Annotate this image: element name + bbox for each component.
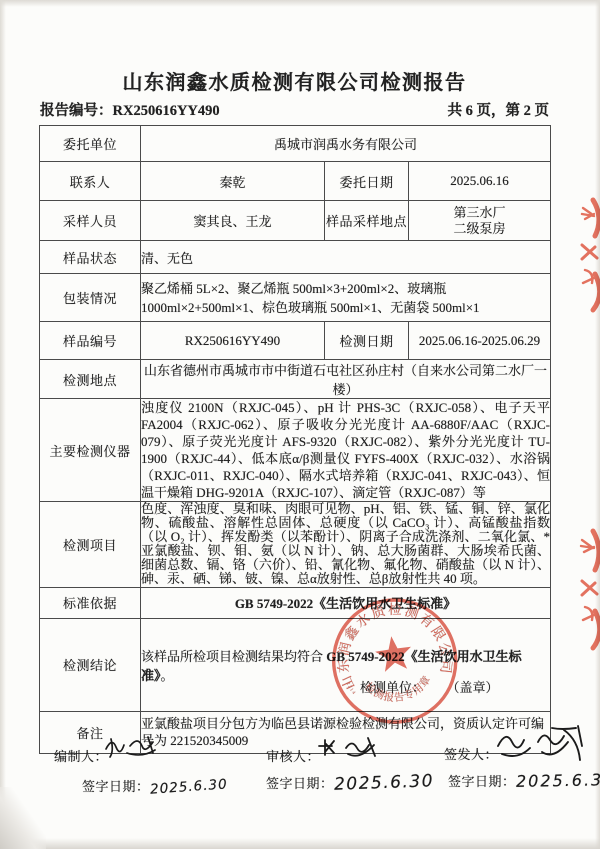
sampling-site-value: 第三水厂 二级泵房 [409, 201, 551, 241]
sample-state-value: 清、无色 [141, 241, 551, 274]
commission-date-label: 委托日期 [325, 162, 409, 201]
test-site-value: 山东省德州市禹城市市中街道石屯社区孙庄村（自来水公司第二水厂一楼） [141, 360, 551, 399]
standard-value: GB 5749-2022《生活饮用水卫生标准》 [141, 587, 551, 618]
test-date-value: 2025.06.16-2025.06.29 [409, 322, 551, 360]
table-row: 联系人 秦乾 委托日期 2025.06.16 [40, 162, 551, 201]
issuer-label: 签发人： [444, 744, 498, 763]
page-curl [0, 787, 46, 849]
table-row: 检测地点 山东省德州市禹城市市中街道石屯社区孙庄村（自来水公司第二水厂一楼） [40, 360, 551, 399]
packaging-value: 聚乙烯桶 5L×2、聚乙烯瓶 500ml×3+200ml×2、玻璃瓶 1000m… [141, 274, 551, 322]
sign-date-3: 签字日期：2025.6.30 [448, 771, 600, 790]
table-row: 采样人员 窦其良、王龙 样品采样地点 第三水厂 二级泵房 [40, 201, 551, 241]
table-row: 检测项目 色度、浑浊度、臭和味、肉眼可见物、pH、铝、铁、锰、铜、锌、氯化物、硫… [40, 502, 551, 588]
sampling-site-label: 样品采样地点 [325, 201, 409, 241]
samplers-value: 窦其良、王龙 [141, 201, 325, 241]
table-row: 检测结论 该样品所检项目检测结果均符合 GB 5749-2022《生活饮用水卫生… [40, 618, 551, 711]
sign-date-label: 签字日期： [448, 774, 516, 789]
conclusion-label: 检测结论 [40, 618, 141, 711]
conclusion-prefix: 该样品所检项目检测结果均符合 [141, 649, 326, 664]
drafter-label: 编制人： [54, 746, 108, 765]
report-number-value: RX250616YY490 [113, 103, 220, 119]
packaging-label: 包装情况 [40, 274, 141, 322]
sign-date-value: 2025.6.30 [149, 776, 228, 797]
table-row: 标准依据 GB 5749-2022《生活饮用水卫生标准》 [40, 587, 551, 618]
report-number: 报告编号：RX250616YY490 [40, 99, 220, 120]
contact-label: 联系人 [40, 162, 141, 201]
standard-label: 标准依据 [40, 587, 141, 618]
client-label: 委托单位 [40, 126, 141, 162]
scan-edge-right [595, 0, 600, 849]
report-number-label: 报告编号： [40, 103, 113, 119]
unit-line: 检测单位：（盖章） [360, 677, 499, 696]
report-page: 山东润鑫水质检测有限公司检测报告 报告编号：RX250616YY490 共 6 … [0, 0, 600, 849]
unit-label: 检测单位： [360, 680, 425, 695]
client-value: 禹城市润禹水务有限公司 [141, 126, 551, 162]
table-row: 主要检测仪器 浊度仪 2100N（RXJC-045）、pH 计 PHS-3C（R… [40, 399, 551, 502]
reviewer-label: 审核人： [266, 746, 320, 765]
scan-edge-top [0, 0, 600, 7]
contact-value: 秦乾 [141, 162, 325, 201]
drafter-signature [102, 733, 160, 761]
conclusion-cell: 该样品所检项目检测结果均符合 GB 5749-2022《生活饮用水卫生标准》。 … [141, 618, 551, 711]
sign-date-1: 签字日期：2025.6.30 [82, 776, 227, 795]
sign-date-2: 签字日期：2025.6.30 [266, 773, 434, 793]
scan-edge-left [0, 0, 6, 849]
sample-state-label: 样品状态 [40, 241, 141, 274]
meta-row: 报告编号：RX250616YY490 共 6 页，第 2 页 [40, 99, 549, 120]
page-title: 山东润鑫水质检测有限公司检测报告 [39, 66, 550, 95]
sign-date-value: 2025.6.30 [333, 771, 434, 794]
sign-date-value: 2025.6.30 [515, 770, 600, 791]
sample-no-label: 样品编号 [40, 322, 141, 360]
report-table: 委托单位 禹城市润禹水务有限公司 联系人 秦乾 委托日期 2025.06.16 … [39, 125, 551, 754]
table-row: 样品编号 RX250616YY490 检测日期 2025.06.16-2025.… [40, 322, 551, 360]
sign-date-label: 签字日期： [82, 779, 150, 794]
scan-edge-bottom [0, 838, 600, 849]
reviewer-signature [316, 735, 382, 761]
sample-no-value: RX250616YY490 [141, 322, 325, 360]
items-value: 色度、浑浊度、臭和味、肉眼可见物、pH、铝、铁、锰、铜、锌、氯化物、硫酸盐、溶解… [141, 502, 551, 588]
test-site-label: 检测地点 [40, 360, 141, 399]
pagination: 共 6 页，第 2 页 [448, 99, 550, 120]
sign-date-label: 签字日期： [266, 776, 334, 791]
table-row: 样品状态 清、无色 [40, 241, 551, 274]
table-row: 委托单位 禹城市润禹水务有限公司 [40, 126, 551, 162]
commission-date-value: 2025.06.16 [409, 162, 551, 201]
items-label: 检测项目 [40, 502, 141, 588]
conclusion-suffix: 。 [161, 668, 174, 683]
seal-hint: （盖章） [453, 680, 499, 695]
issuer-signature [492, 722, 588, 764]
test-date-label: 检测日期 [325, 322, 409, 360]
samplers-label: 采样人员 [40, 201, 141, 241]
table-row: 包装情况 聚乙烯桶 5L×2、聚乙烯瓶 500ml×3+200ml×2、玻璃瓶 … [40, 274, 551, 322]
instruments-label: 主要检测仪器 [40, 399, 141, 502]
instruments-value: 浊度仪 2100N（RXJC-045）、pH 计 PHS-3C（RXJC-058… [141, 399, 551, 502]
